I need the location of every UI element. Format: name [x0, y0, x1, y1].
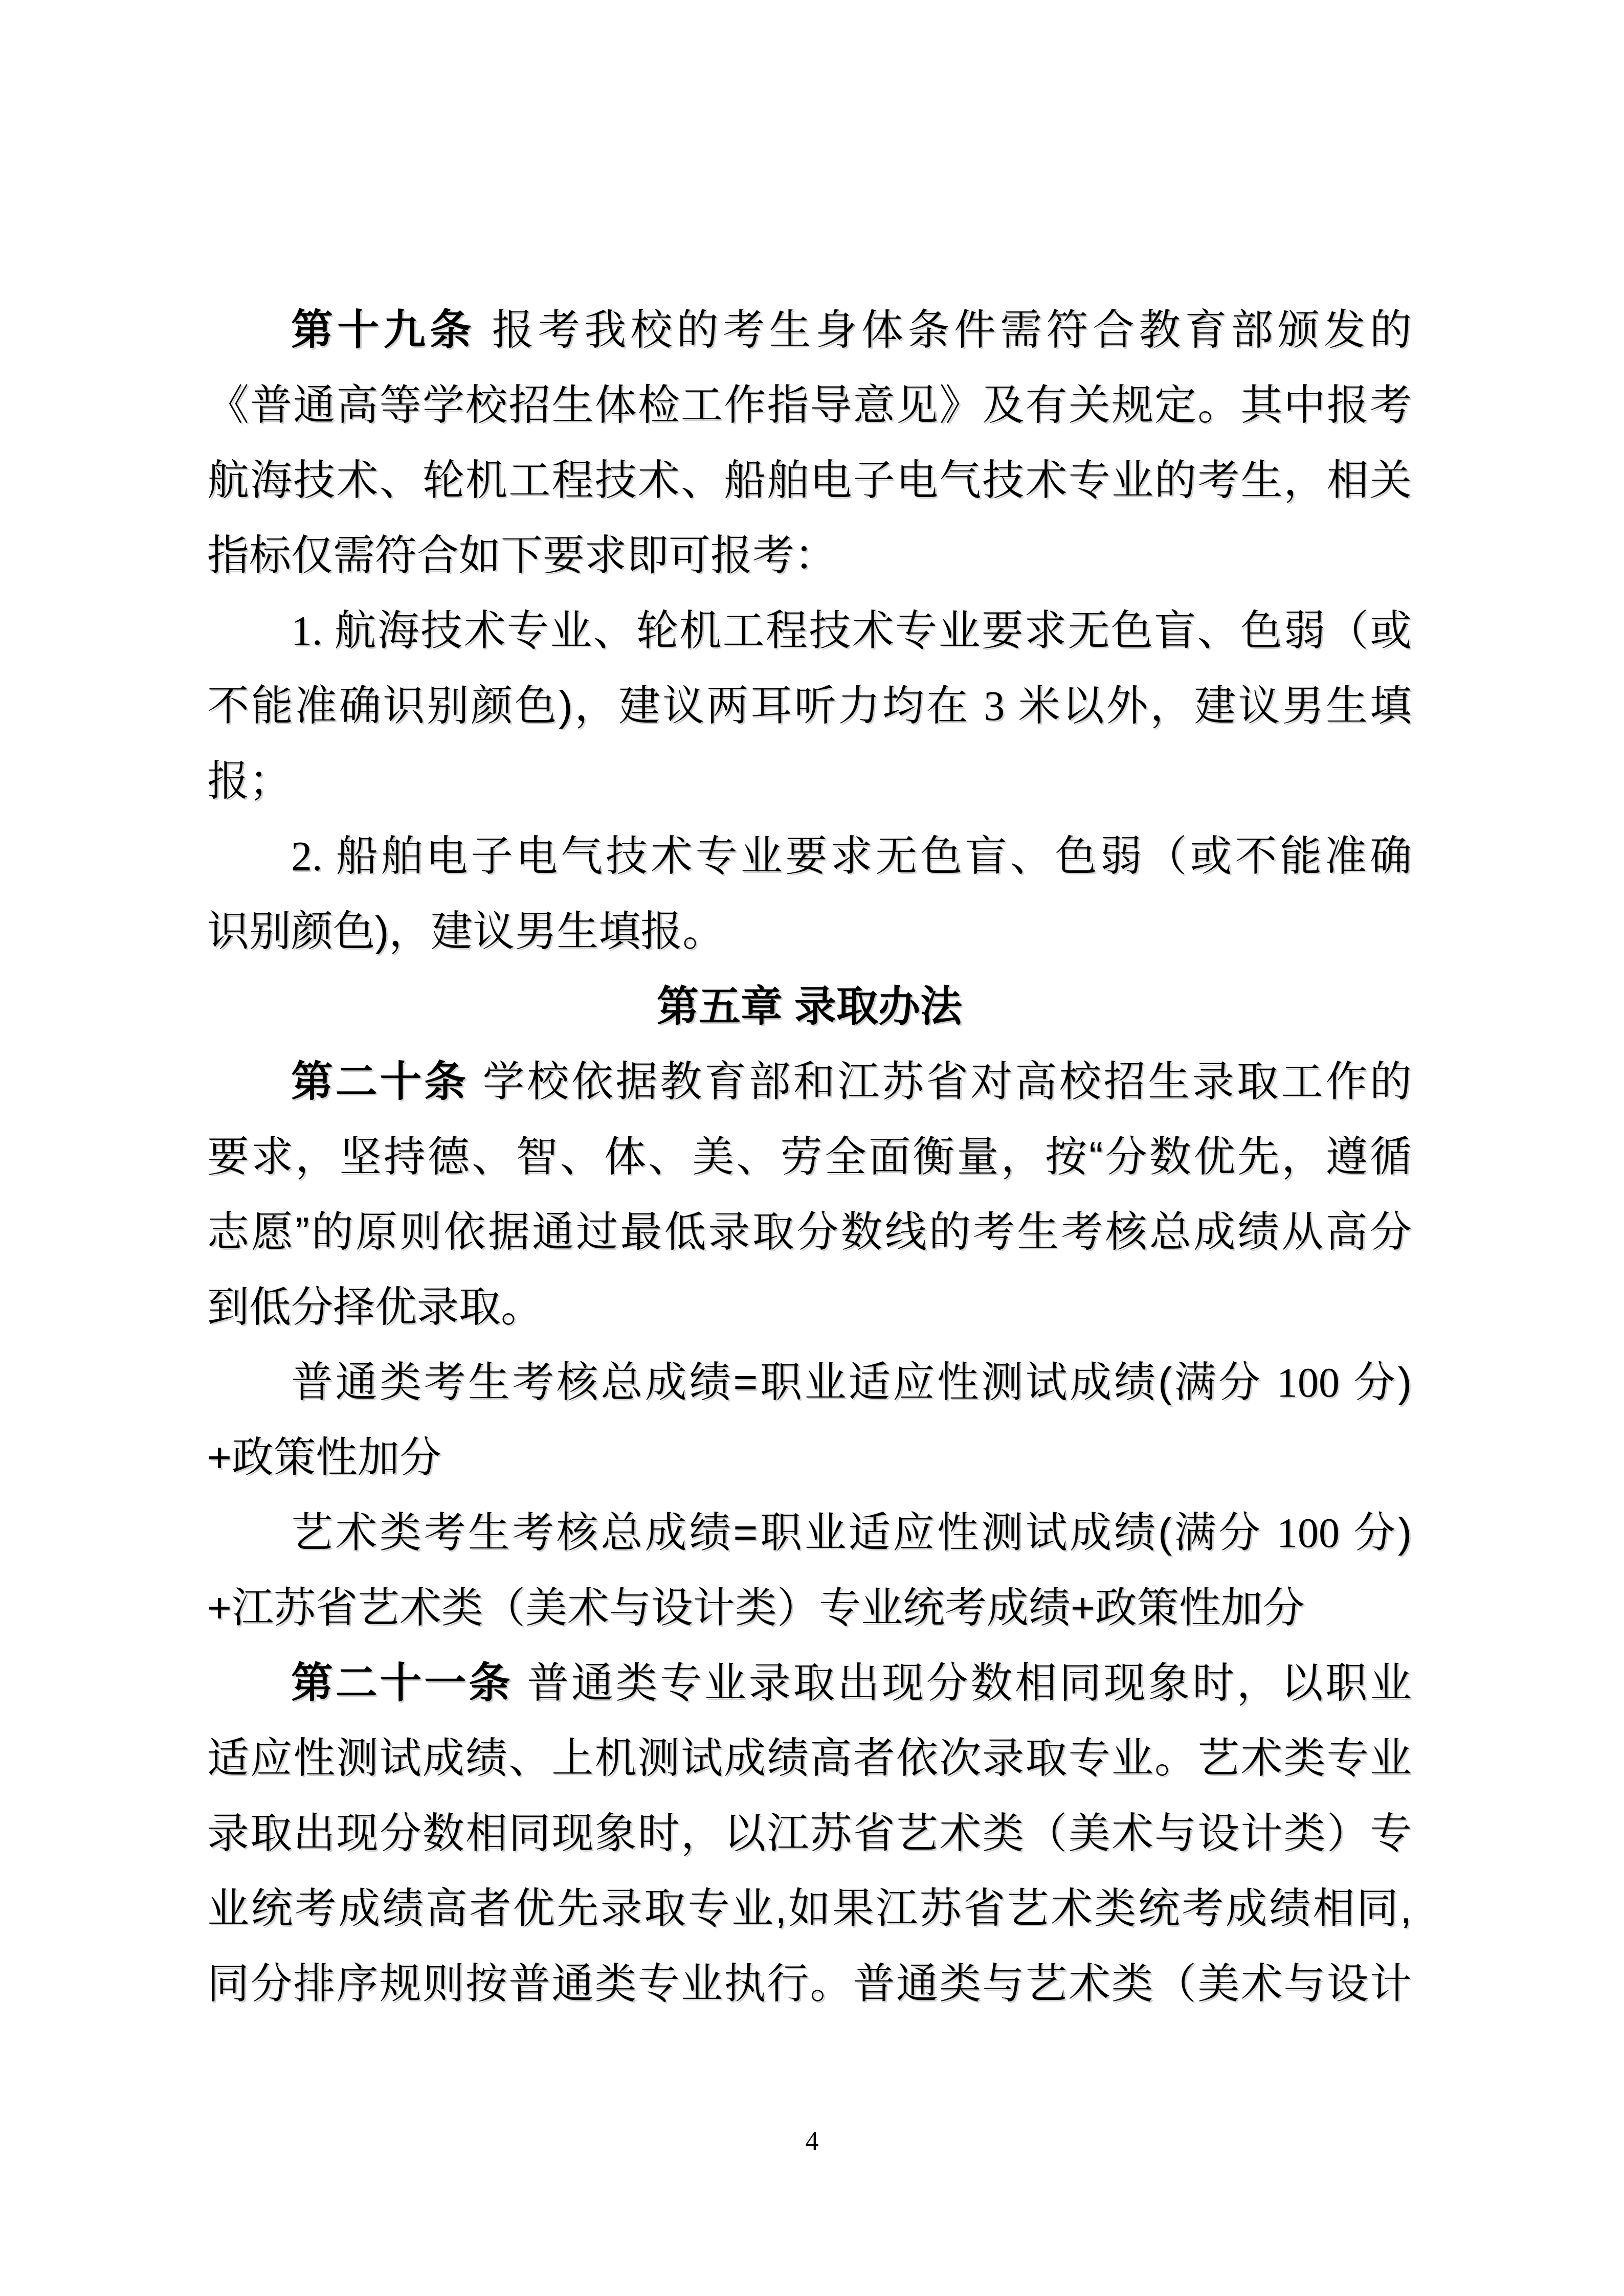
text-segment: 同分排序规则按普通类专业执行。普通类与艺术类（美术与设计 [207, 1961, 1412, 2007]
bold-text-segment: 第二十条 [291, 1059, 469, 1105]
document-body: 第十九条 报考我校的考生身体条件需符合教育部颁发的《普通高等学校招生体检工作指导… [207, 292, 1412, 2021]
bold-text-segment: 第五章 录取办法 [657, 983, 962, 1030]
text-line-12: 要求，坚持德、智、体、美、劳全面衡量，按“分数优先，遵循 [207, 1119, 1412, 1195]
text-line-21: 录取出现分数相同现象时，以江苏省艺术类（美术与设计类）专 [207, 1796, 1412, 1871]
text-line-2: 《普通高等学校招生体检工作指导意见》及有关规定。其中报考 [207, 368, 1412, 443]
text-line-3: 航海技术、轮机工程技术、船舶电子电气技术专业的考生，相关 [207, 443, 1412, 518]
bold-text-segment: 第二十一条 [291, 1660, 513, 1706]
text-line-19: 第二十一条 普通类专业录取出现分数相同现象时，以职业 [207, 1646, 1412, 1721]
text-line-18: +江苏省艺术类（美术与设计类）专业统考成绩+政策性加分 [207, 1570, 1412, 1646]
text-segment: 航海技术、轮机工程技术、船舶电子电气技术专业的考生，相关 [207, 457, 1412, 504]
text-segment: 艺术类考生考核总成绩=职业适应性测试成绩(满分 [291, 1510, 1277, 1556]
text-segment: 100 [1277, 1510, 1340, 1556]
text-segment: 船舶电子电气技术专业要求无色盲、色弱（或不能准确 [336, 833, 1412, 880]
text-segment: 录取出现分数相同现象时，以江苏省艺术类（美术与设计类）专 [207, 1810, 1412, 1857]
text-segment: 100 [1277, 1359, 1340, 1406]
text-segment: 1. [291, 607, 334, 654]
text-line-8: 2. 船舶电子电气技术专业要求无色盲、色弱（或不能准确 [207, 819, 1412, 894]
text-segment: 适应性测试成绩、上机测试成绩高者依次录取专业。艺术类专业 [207, 1735, 1412, 1782]
text-line-6: 不能准确识别颜色)，建议两耳听力均在 3 米以外，建议男生填 [207, 668, 1412, 744]
text-segment: 要求，坚持德、智、体、美、劳全面衡量，按“分数优先，遵循 [207, 1134, 1412, 1180]
text-segment: 业统考成绩高者优先录取专业,如果江苏省艺术类统考成绩相同, [207, 1885, 1412, 1932]
bold-text-segment: 第十九条 [291, 307, 476, 353]
text-segment: 普通类考生考核总成绩=职业适应性测试成绩(满分 [291, 1359, 1277, 1406]
text-line-15: 普通类考生考核总成绩=职业适应性测试成绩(满分 100 分) [207, 1345, 1412, 1420]
text-segment: 不能准确识别颜色)，建议两耳听力均在 [207, 683, 984, 729]
text-segment: 2. [291, 833, 336, 880]
text-line-7: 报； [207, 744, 1412, 819]
text-line-20: 适应性测试成绩、上机测试成绩高者依次录取专业。艺术类专业 [207, 1721, 1412, 1796]
text-segment: 《普通高等学校招生体检工作指导意见》及有关规定。其中报考 [207, 382, 1412, 429]
text-segment: 航海技术专业、轮机工程技术专业要求无色盲、色弱（或 [334, 607, 1412, 654]
text-line-14: 到低分择优录取。 [207, 1270, 1412, 1345]
text-line-1: 第十九条 报考我校的考生身体条件需符合教育部颁发的 [207, 292, 1412, 368]
text-segment: 识别颜色)，建议男生填报。 [207, 908, 724, 955]
text-segment: 学校依据教育部和江苏省对高校招生录取工作的 [469, 1059, 1412, 1105]
text-line-23: 同分排序规则按普通类专业执行。普通类与艺术类（美术与设计 [207, 1946, 1412, 2021]
text-segment: 指标仅需符合如下要求即可报考： [207, 532, 836, 579]
text-line-13: 志愿”的原则依据通过最低录取分数线的考生考核总成绩从高分 [207, 1195, 1412, 1270]
text-segment: 分) [1340, 1510, 1412, 1556]
text-segment: 志愿”的原则依据通过最低录取分数线的考生考核总成绩从高分 [207, 1209, 1412, 1255]
text-line-11: 第二十条 学校依据教育部和江苏省对高校招生录取工作的 [207, 1044, 1412, 1119]
text-segment: 米以外，建议男生填 [1005, 683, 1412, 729]
chapter-heading: 第五章 录取办法 [207, 969, 1412, 1044]
text-segment: 分) [1340, 1359, 1412, 1406]
text-line-17: 艺术类考生考核总成绩=职业适应性测试成绩(满分 100 分) [207, 1495, 1412, 1570]
text-line-9: 识别颜色)，建议男生填报。 [207, 894, 1412, 969]
text-segment: +江苏省艺术类（美术与设计类）专业统考成绩+政策性加分 [207, 1585, 1305, 1631]
text-line-16: +政策性加分 [207, 1420, 1412, 1495]
text-line-5: 1. 航海技术专业、轮机工程技术专业要求无色盲、色弱（或 [207, 593, 1412, 668]
text-segment: 报考我校的考生身体条件需符合教育部颁发的 [476, 307, 1412, 353]
document-page: 第十九条 报考我校的考生身体条件需符合教育部颁发的《普通高等学校招生体检工作指导… [0, 0, 1624, 2296]
text-line-4: 指标仅需符合如下要求即可报考： [207, 518, 1412, 593]
text-segment: 到低分择优录取。 [207, 1284, 543, 1331]
text-segment: 普通类专业录取出现分数相同现象时，以职业 [513, 1660, 1412, 1706]
text-segment: +政策性加分 [207, 1434, 441, 1481]
page-number: 4 [0, 2127, 1624, 2156]
text-segment: 报； [207, 758, 291, 804]
text-segment: 3 [984, 683, 1005, 729]
text-line-22: 业统考成绩高者优先录取专业,如果江苏省艺术类统考成绩相同, [207, 1871, 1412, 1946]
